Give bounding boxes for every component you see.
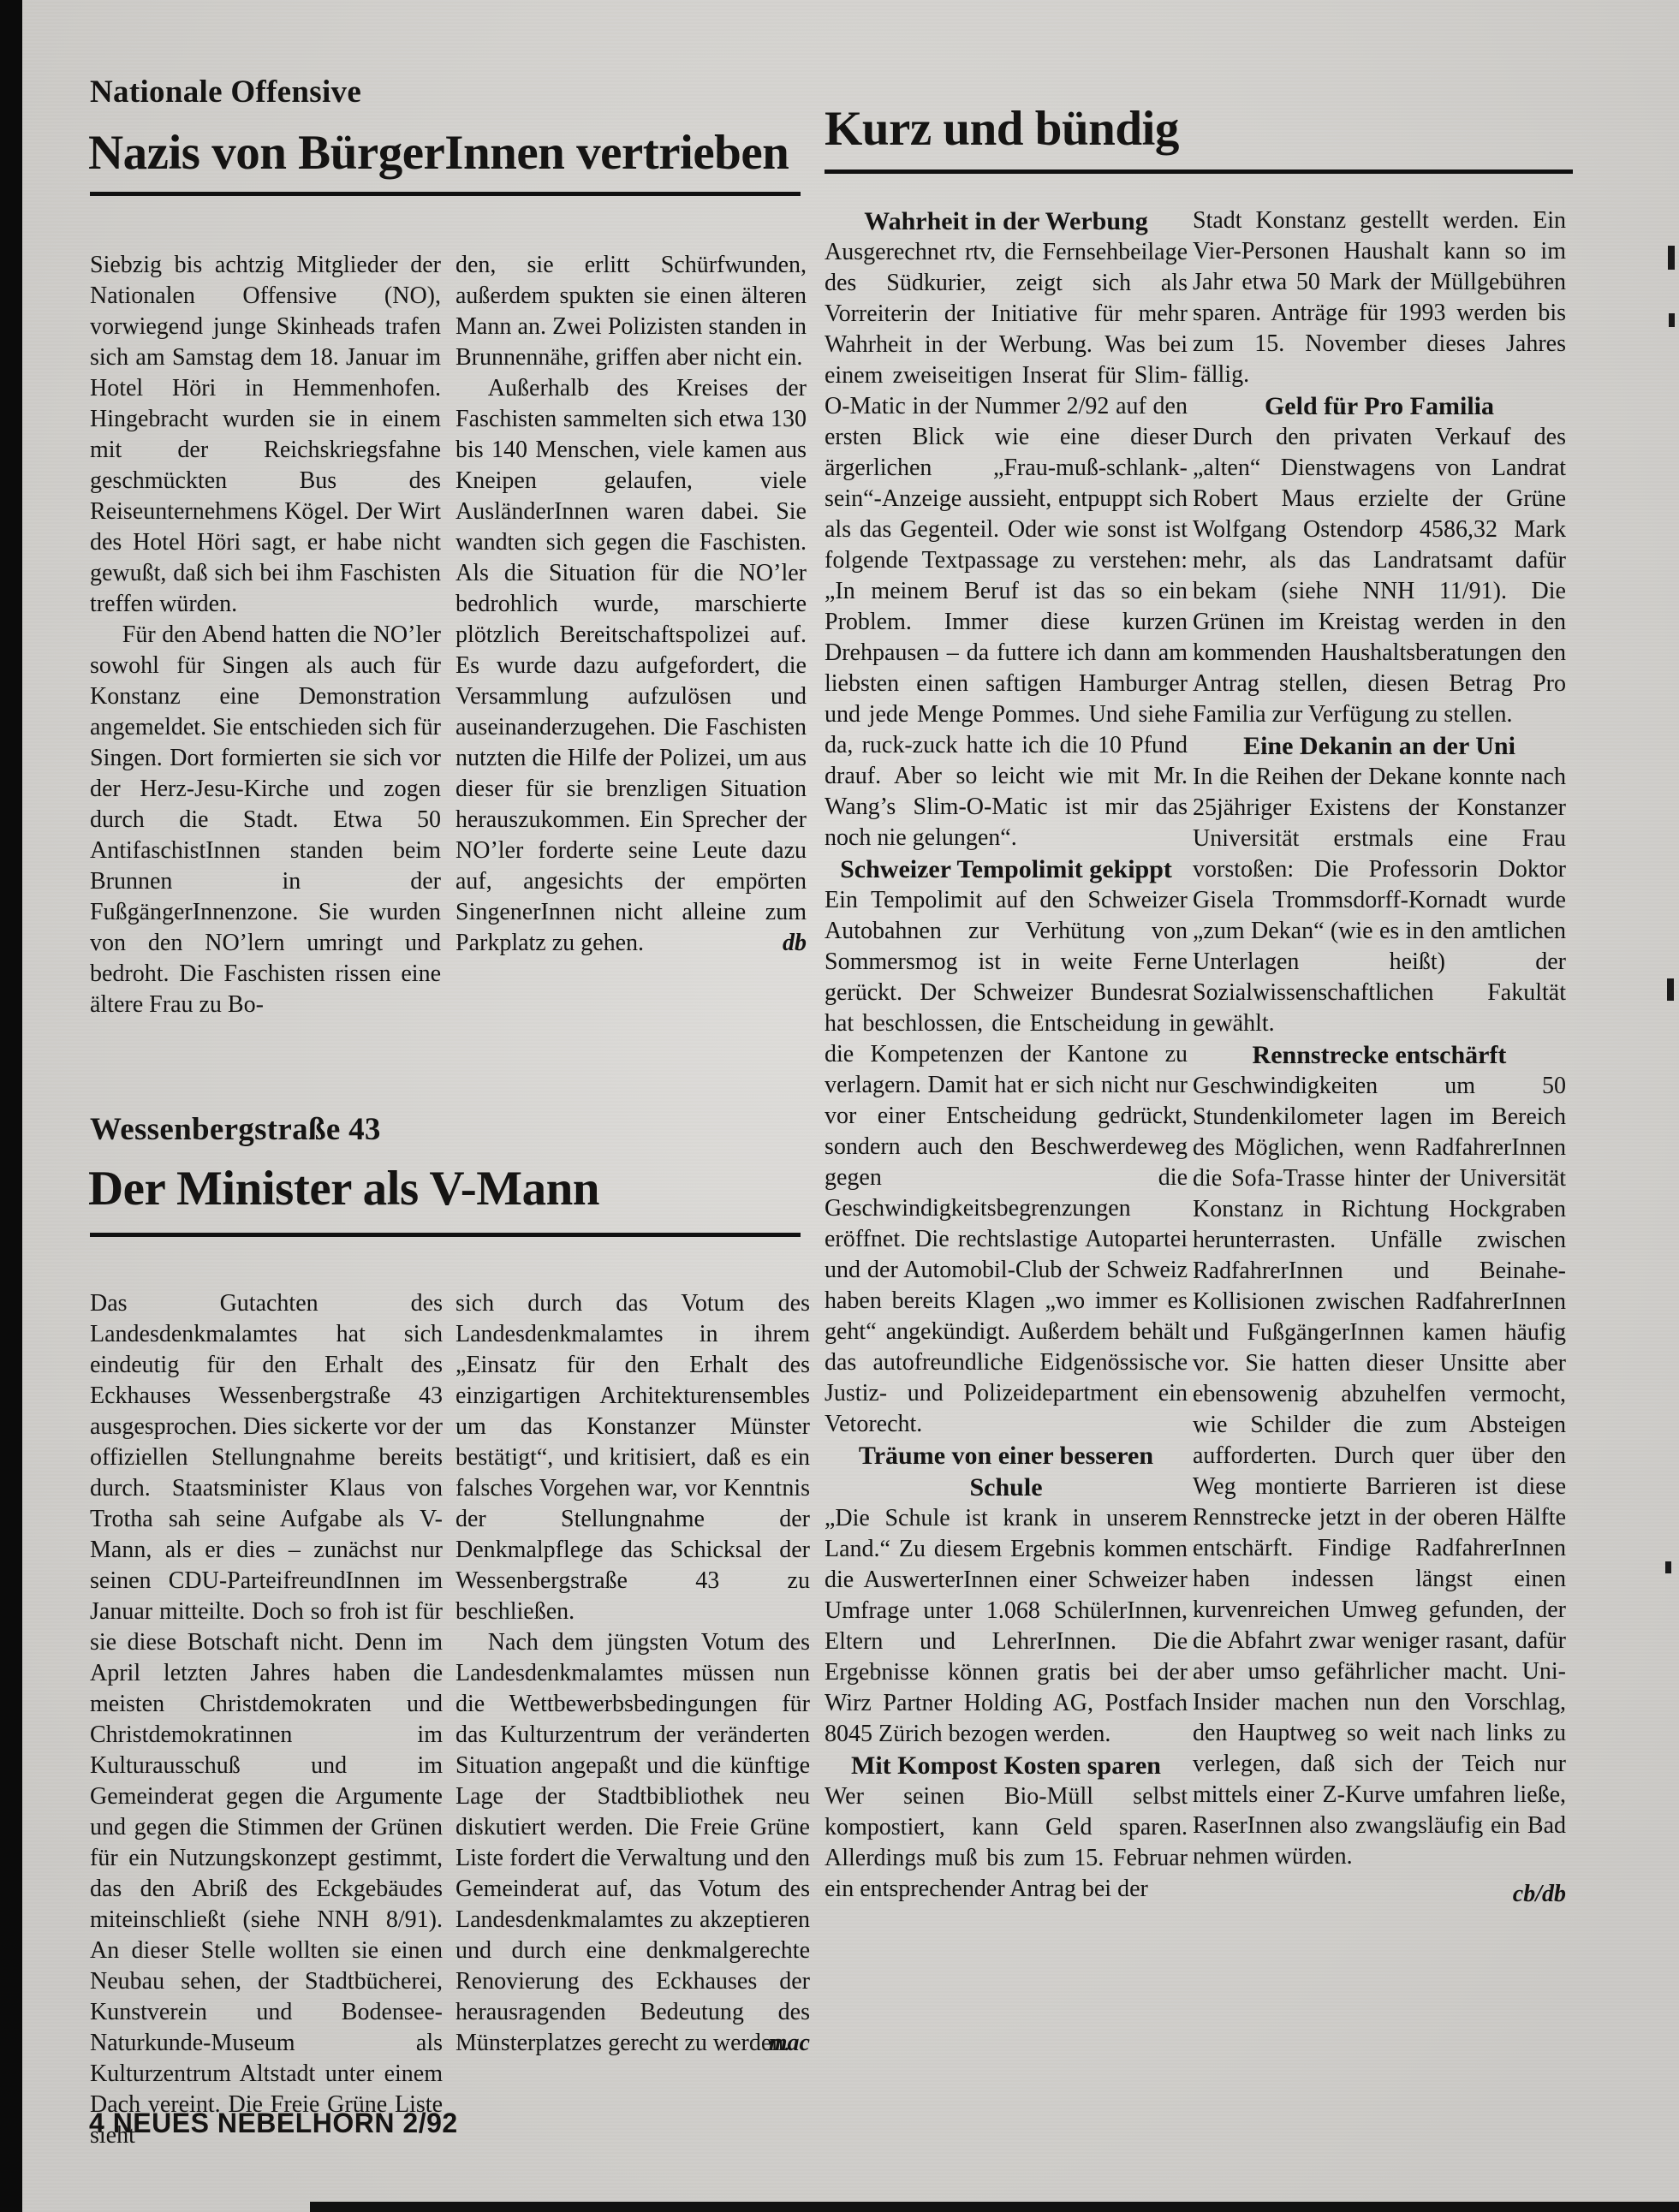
article-minister-column-2: sich durch das Votum des Landesdenkmalam… — [455, 1288, 810, 2059]
paragraph: Geschwindigkeiten um 50 Stundenkilometer… — [1193, 1071, 1566, 1872]
paragraph: Wer seinen Bio-Müll selbst kompostiert, … — [825, 1781, 1188, 1905]
article-nazis-headline: Nazis von BürgerInnen vertrieben — [88, 125, 789, 181]
paragraph: Das Gutachten des Landesdenkmalamtes hat… — [90, 1288, 443, 2151]
scan-speck — [1667, 978, 1674, 1001]
article-minister-column-1: Das Gutachten des Landesdenkmalamtes hat… — [90, 1288, 443, 2151]
article-nazis-rule — [90, 192, 801, 196]
paragraph: Ein Tempolimit auf den Schweizer Autobah… — [825, 885, 1188, 1440]
paragraph: Für den Abend hatten die NO’ler sowohl f… — [90, 620, 441, 1020]
newspaper-page: Nationale Offensive Nazis von BürgerInne… — [0, 0, 1679, 2212]
kurz-rule — [825, 169, 1573, 174]
paragraph: Stadt Konstanz gestellt werden. Ein Vier… — [1193, 205, 1566, 390]
kurz-headline: Kurz und bündig — [825, 101, 1179, 157]
paragraph: den, sie erlitt Schürfwunden, außerdem s… — [455, 250, 807, 373]
scan-speck — [1668, 246, 1675, 270]
article-nazis-byline: db — [750, 928, 807, 959]
page-footer: 4 NEUES NEBELHORN 2/92 — [89, 2108, 458, 2139]
paragraph: sich durch das Votum des Landesdenkmalam… — [455, 1288, 810, 1627]
article-nazis-column-2: den, sie erlitt Schürfwunden, außerdem s… — [455, 250, 807, 959]
kurz-subheading: Träume von einer besseren Schule — [825, 1440, 1188, 1503]
article-minister-rule — [90, 1233, 801, 1237]
paragraph: „Die Schule ist krank in unserem Land.“ … — [825, 1503, 1188, 1750]
scan-speck — [1669, 313, 1675, 327]
article-nazis-column-1: Siebzig bis achtzig Mitglieder der Natio… — [90, 250, 441, 1020]
paragraph: Nach dem jüngsten Votum des Landesdenkma… — [455, 1627, 810, 2059]
paragraph: Durch den privaten Verkauf des „alten“ D… — [1193, 422, 1566, 730]
kurz-subheading: Schweizer Tempolimit gekippt — [825, 853, 1188, 885]
article-nazis-kicker: Nationale Offensive — [90, 74, 361, 110]
paragraph-text: Außerhalb des Kreises der Faschisten sam… — [455, 375, 807, 956]
paragraph: Ausgerechnet rtv, die Fernsehbeilage des… — [825, 237, 1188, 853]
paragraph: In die Reihen der Dekane konnte nach 25j… — [1193, 762, 1566, 1039]
article-minister-byline: mac — [736, 2028, 810, 2059]
paragraph: Außerhalb des Kreises der Faschisten sam… — [455, 373, 807, 959]
scan-bottom-strip — [310, 2202, 1679, 2212]
scan-speck — [1665, 1561, 1671, 1573]
article-minister-kicker: Wessenbergstraße 43 — [90, 1111, 381, 1148]
kurz-subheading: Eine Dekanin an der Uni — [1193, 730, 1566, 762]
kurz-column-2: Stadt Konstanz gestellt werden. Ein Vier… — [1193, 205, 1566, 1910]
kurz-byline: cb/db — [1193, 1879, 1566, 1910]
scan-edge-bar — [0, 0, 22, 2212]
article-minister-headline: Der Minister als V-Mann — [88, 1161, 599, 1216]
kurz-subheading: Wahrheit in der Werbung — [825, 205, 1188, 237]
kurz-subheading: Rennstrecke entschärft — [1193, 1039, 1566, 1071]
paragraph: Siebzig bis achtzig Mitglieder der Natio… — [90, 250, 441, 620]
kurz-subheading: Mit Kompost Kosten sparen — [825, 1750, 1188, 1781]
kurz-column-1: Wahrheit in der Werbung Ausgerechnet rtv… — [825, 205, 1188, 1905]
paragraph-text: Nach dem jüngsten Votum des Landesdenkma… — [455, 1629, 810, 2056]
kurz-subheading: Geld für Pro Familia — [1193, 390, 1566, 422]
